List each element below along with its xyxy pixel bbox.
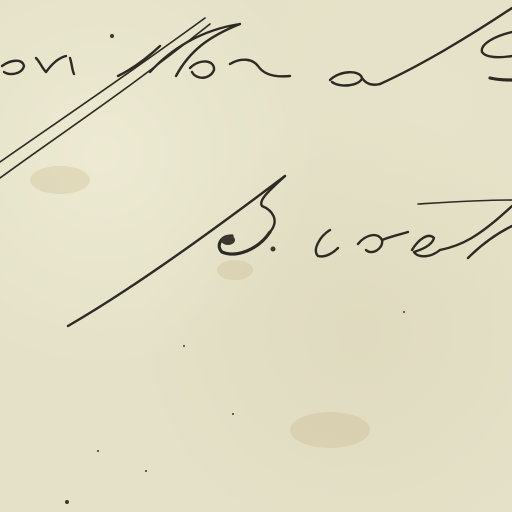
manuscript-page: ...vi flora l... B. crete...: [0, 0, 512, 512]
line-2-strokes: [68, 176, 512, 326]
line-1-strokes: [0, 8, 512, 178]
handwriting-strokes: [0, 0, 512, 512]
